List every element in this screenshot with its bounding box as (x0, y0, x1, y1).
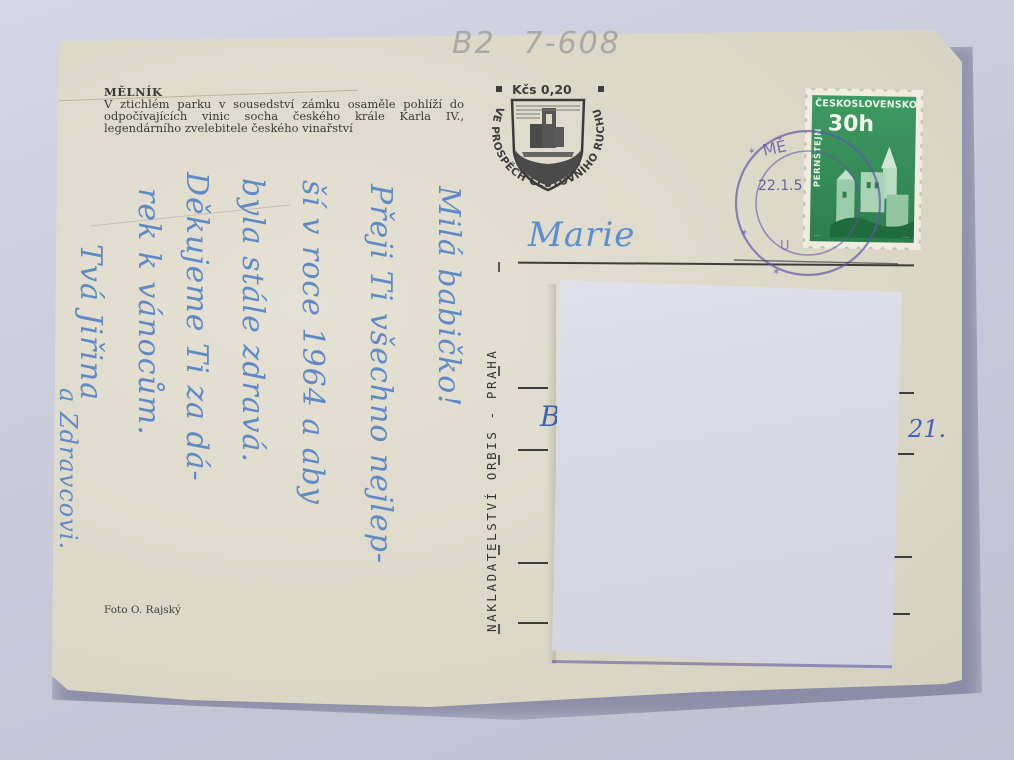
message-line: Děkujeme Ti za dá- (179, 172, 214, 482)
address-line (518, 562, 548, 564)
divider-tick (498, 545, 500, 555)
message-line: byla stále zdravá. (235, 178, 270, 463)
message-line: Milá babičko! (431, 186, 466, 407)
svg-text:✶: ✶ (748, 147, 756, 157)
postmark-date: 22.1.5 (758, 178, 803, 194)
postmark: MĚ 22.1.5 U ✶ ✶ ✶ (728, 118, 898, 288)
address-line (898, 392, 914, 394)
photo-credit: Foto O. Rajský (104, 604, 181, 616)
divider-tick (498, 262, 500, 272)
svg-text:✶: ✶ (772, 267, 780, 278)
publisher-imprint: NAKLADATELSTVÍ ORBIS - PRAHA (484, 348, 499, 632)
catalog-number: B27-608 (452, 26, 649, 61)
catalog-item: 7-608 (524, 26, 621, 61)
divider-tick (498, 455, 500, 465)
recipient-name: Marie (528, 215, 635, 255)
message-line: Tvá Jiřina (73, 244, 108, 401)
divider-tick (498, 366, 500, 376)
cover-paper (552, 280, 902, 670)
divider-tick (498, 624, 500, 634)
postmark-bottom: U (780, 239, 790, 254)
address-fragment-right: 21. (908, 415, 946, 443)
svg-text:✶: ✶ (740, 228, 748, 239)
catalog-series: B2 (452, 26, 496, 61)
message-line: ší v roce 1964 a aby (295, 180, 330, 505)
message-line: Přeji Ti všechno nejlep- (363, 184, 398, 564)
address-line (518, 387, 548, 389)
caption-body: V ztichlém parku v sousedství zámku osam… (104, 98, 464, 134)
caption: MĚLNÍK V ztichlém parku v sousedství zám… (104, 86, 464, 134)
charity-value: Kčs 0,20 (512, 82, 572, 97)
message-line: a Zdravcovi. (54, 388, 82, 550)
charity-stamp: Kčs 0,20 VE PROSPĚCH CESTOVNÍHO RUCHU (478, 72, 618, 212)
address-line (518, 622, 548, 624)
address-line (518, 449, 548, 451)
message-line: rek k vánocům. (131, 188, 166, 436)
address-line (898, 453, 914, 455)
